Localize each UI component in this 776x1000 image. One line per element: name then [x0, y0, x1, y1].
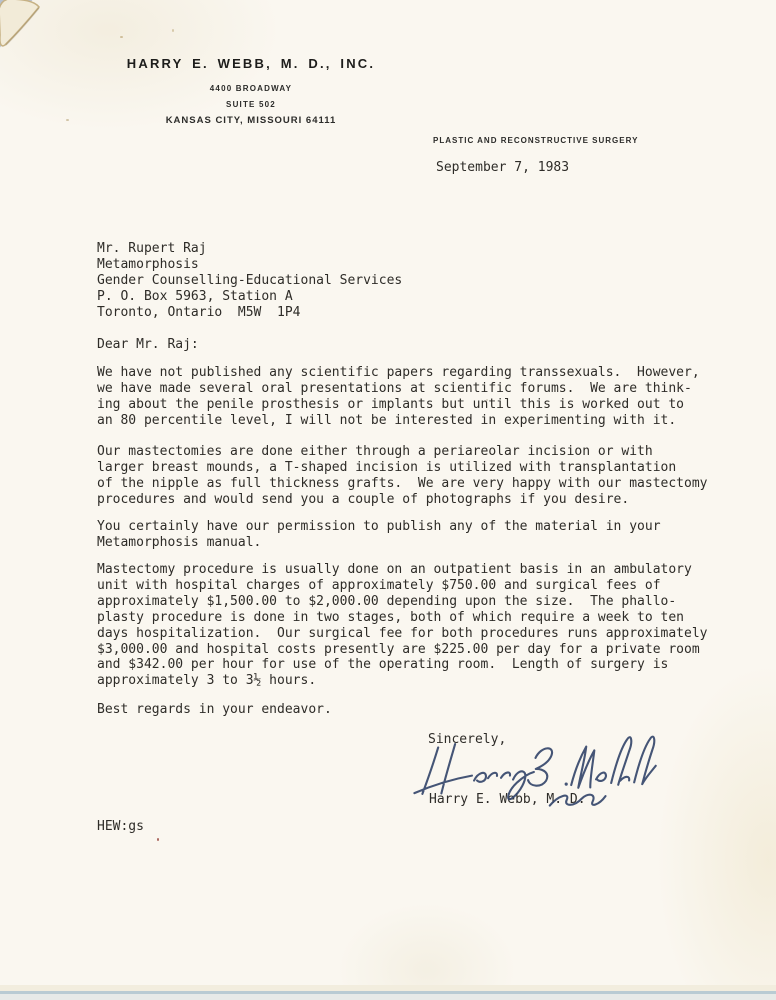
- body-paragraph-5: Best regards in your endeavor.: [97, 702, 332, 718]
- paper-speck: [66, 119, 69, 121]
- scanned-letter-page: HARRY E. WEBB, M. D., INC. 4400 BROADWAY…: [0, 0, 776, 1000]
- letterhead-street: 4400 BROADWAY: [95, 84, 407, 93]
- letterhead-practice-name: HARRY E. WEBB, M. D., INC.: [95, 56, 407, 71]
- signature-stroke-e: [527, 748, 553, 786]
- signature-stroke-harry: [413, 742, 534, 802]
- letter-date: September 7, 1983: [436, 160, 569, 176]
- body-paragraph-1: We have not published any scientific pap…: [97, 365, 700, 429]
- folded-corner: [0, 0, 71, 71]
- letterhead-city: KANSAS CITY, MISSOURI 64111: [95, 115, 407, 126]
- signature-stroke-webb: [570, 737, 656, 788]
- paper-speck: [172, 29, 174, 32]
- fold-flap: [0, 0, 39, 46]
- scan-background-strip: [0, 994, 776, 1000]
- letterhead: HARRY E. WEBB, M. D., INC. 4400 BROADWAY…: [95, 56, 407, 126]
- body-paragraph-3: You certainly have our permission to pub…: [97, 519, 661, 551]
- signature-e-period: [565, 782, 568, 785]
- body-paragraph-2: Our mastectomies are done either through…: [97, 444, 707, 508]
- paper-speck: [486, 399, 488, 401]
- recipient-address-block: Mr. Rupert Raj Metamorphosis Gender Coun…: [97, 241, 402, 321]
- letterhead-suite: SUITE 502: [95, 100, 407, 109]
- paper-speck: [157, 838, 159, 841]
- body-paragraph-4: Mastectomy procedure is usually done on …: [97, 562, 707, 689]
- signature-flourish: [549, 794, 605, 806]
- reference-initials: HEW:gs: [97, 819, 144, 835]
- salutation: Dear Mr. Raj:: [97, 337, 199, 353]
- paper-speck: [120, 36, 123, 38]
- signature-handwriting: [407, 733, 659, 822]
- letterhead-specialty: PLASTIC AND RECONSTRUCTIVE SURGERY: [433, 136, 638, 145]
